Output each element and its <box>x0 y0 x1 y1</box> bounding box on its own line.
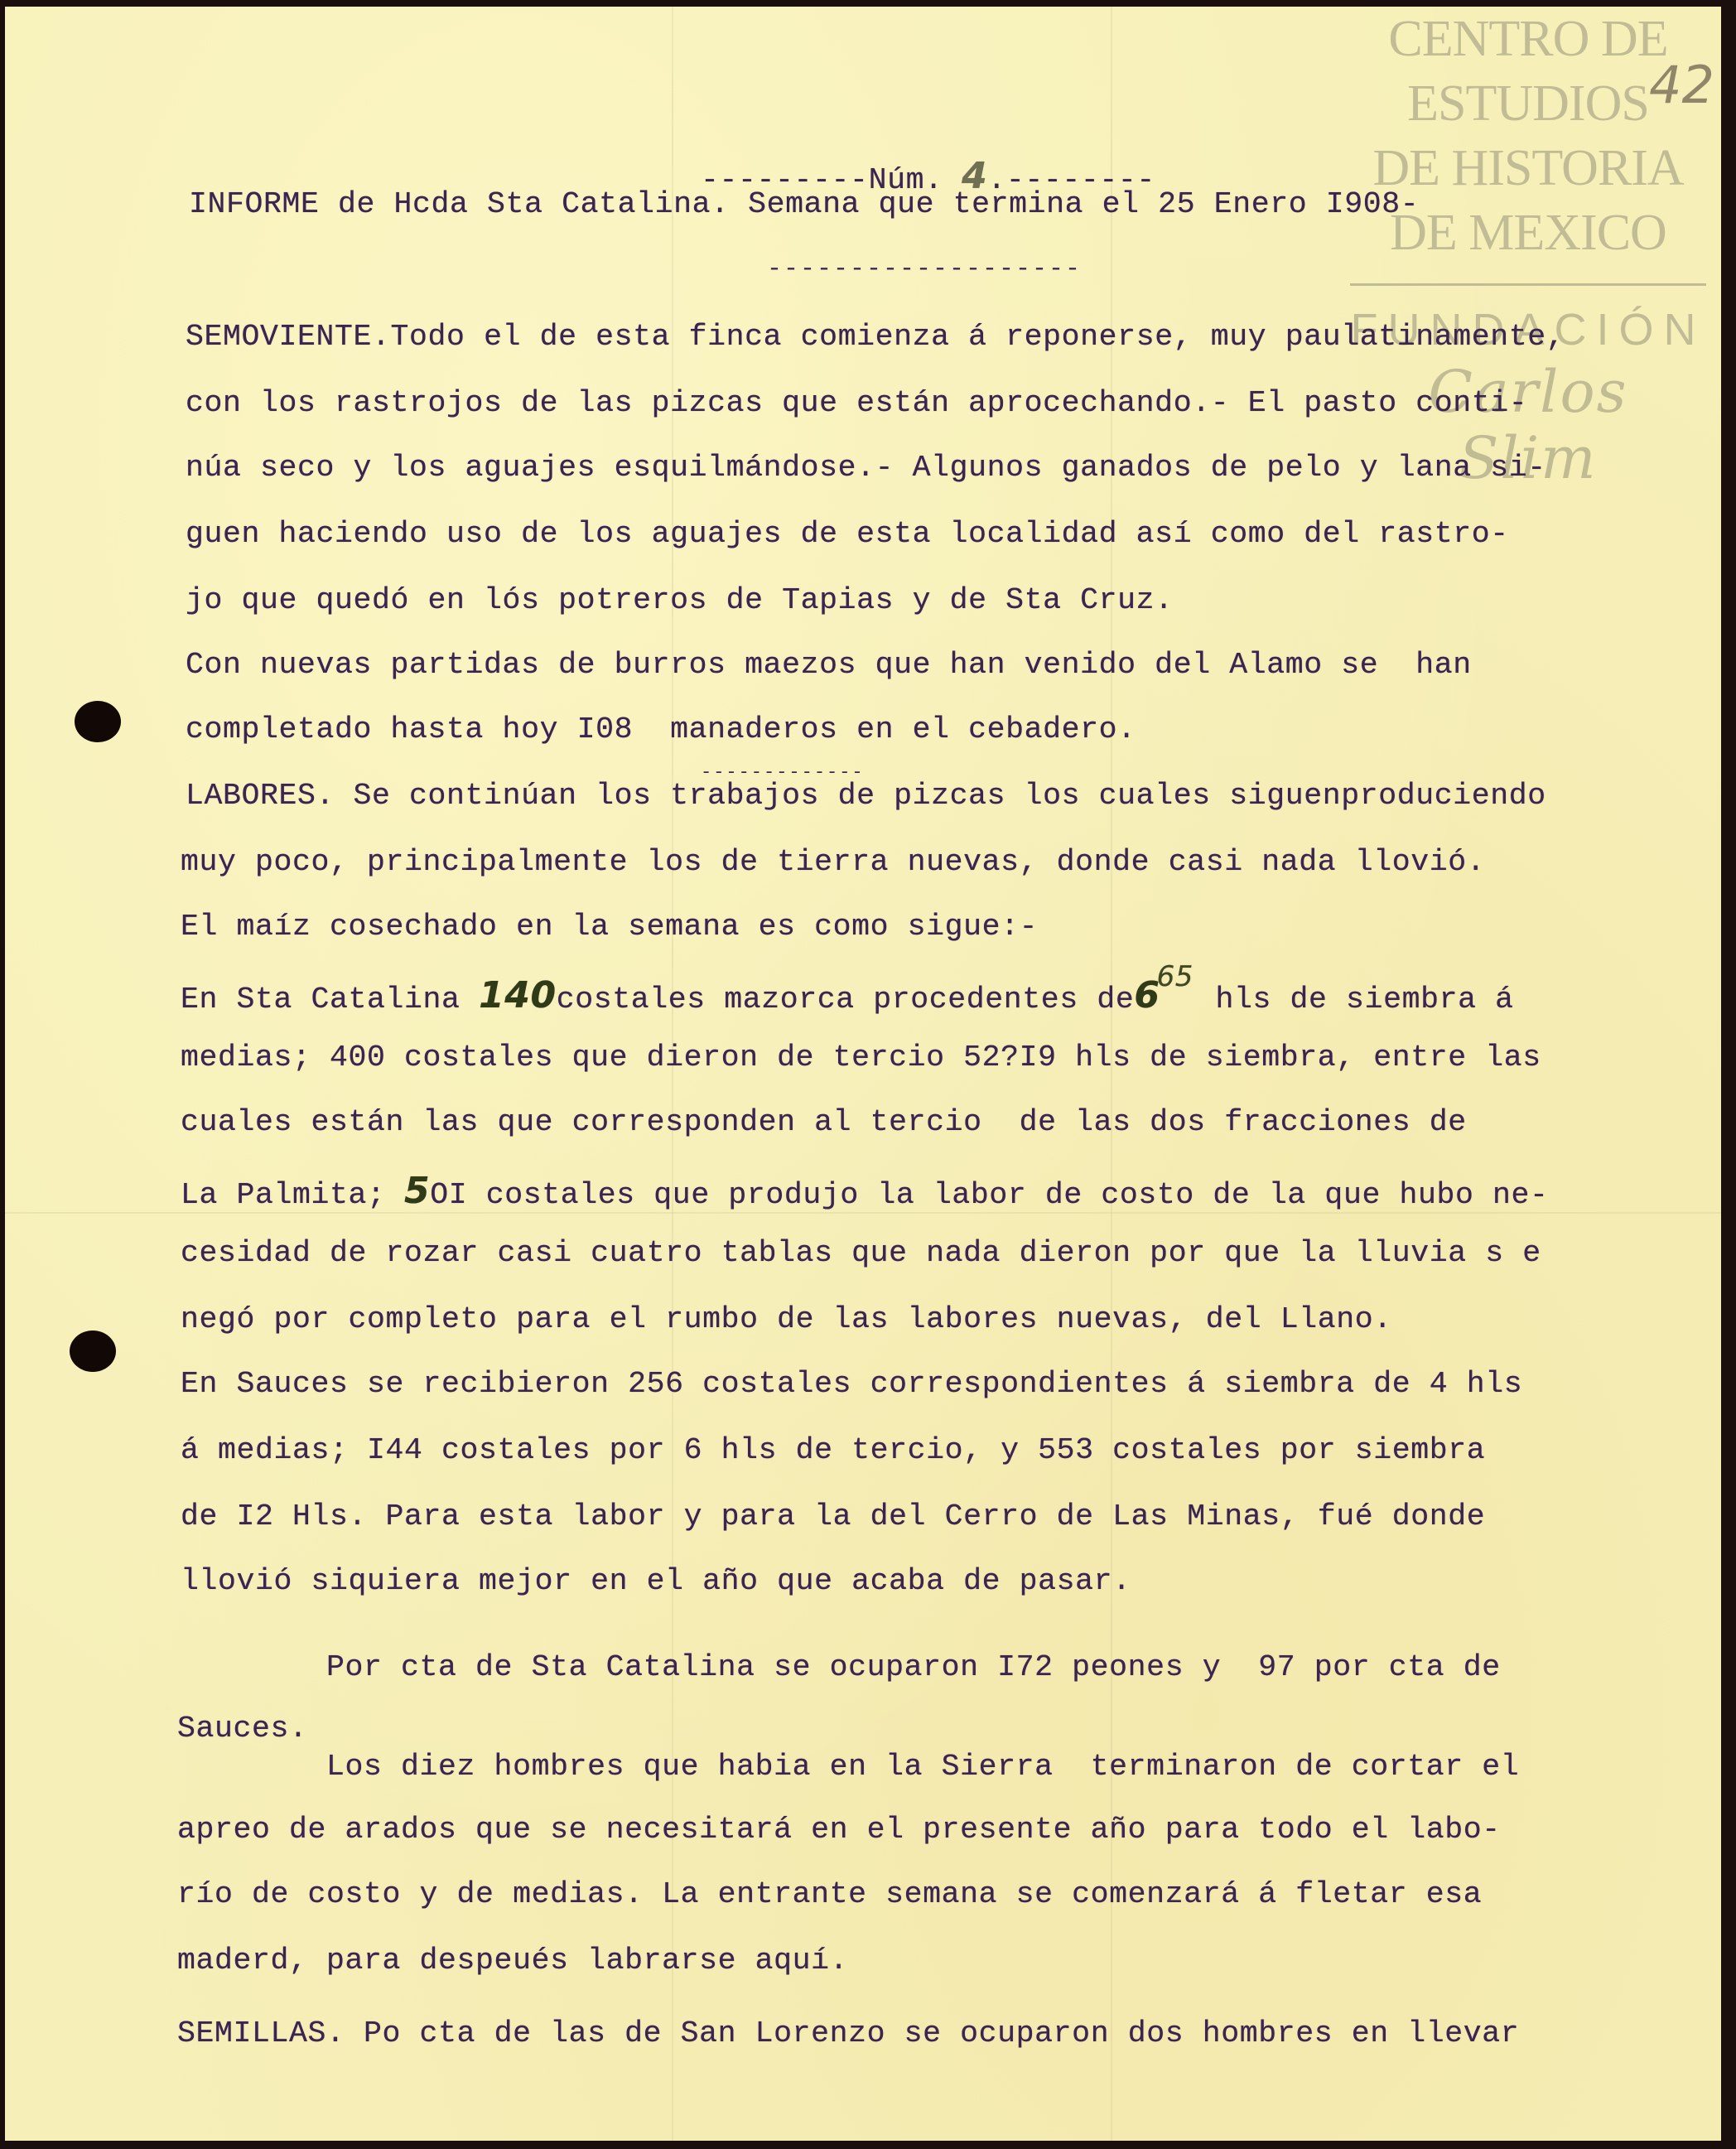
section-line: El maíz cosechado en la semana es como s… <box>181 910 1038 944</box>
section-line: negó por completo para el rumbo de las l… <box>181 1302 1392 1336</box>
section-line: La Palmita; 5OI costales que produjo la … <box>181 1170 1548 1212</box>
handwritten-5: 5 <box>404 1170 430 1212</box>
section-line: cesidad de rozar casi cuatro tablas que … <box>181 1236 1541 1270</box>
section-line: muy poco, principalmente los de tierra n… <box>181 845 1485 879</box>
section-line: completado hasta hoy I08 manaderos en el… <box>186 712 1136 746</box>
section-line: SEMILLAS. Po cta de las de San Lorenzo s… <box>177 2016 1519 2050</box>
punch-hole <box>70 1330 116 1372</box>
section-line: jo que quedó en lós potreros de Tapias y… <box>186 583 1174 617</box>
title-underline: ------------------- <box>767 255 1082 283</box>
report-title: INFORME de Hcda Sta Catalina. Semana que… <box>189 187 1419 221</box>
section-line: Por cta de Sta Catalina se ocuparon I72 … <box>177 1650 1501 1684</box>
fold-line <box>5 1212 1721 1214</box>
section-line: En Sauces se recibieron 256 costales cor… <box>181 1367 1522 1401</box>
section-line: cuales están las que corresponden al ter… <box>181 1105 1467 1139</box>
section-heading-semoviente: SEMOVIENTE. <box>186 320 391 354</box>
section-line: LABORES. Se continúan los trabajos de pi… <box>186 779 1546 813</box>
section-line: con los rastrojos de las pizcas que está… <box>186 386 1527 420</box>
punch-hole <box>75 701 121 742</box>
section-line: Sauces. <box>177 1712 308 1746</box>
section-line: Los diez hombres que habia en la Sierra … <box>177 1750 1519 1784</box>
section-line: de I2 Hls. Para esta labor y para la del… <box>181 1499 1485 1533</box>
section-line: guen haciendo uso de los aguajes de esta… <box>186 517 1509 551</box>
section-line: Con nuevas partidas de burros maezos que… <box>186 648 1472 682</box>
section-line: En Sta Catalina 140costales mazorca proc… <box>181 974 1514 1017</box>
handwritten-6: 6 <box>1134 974 1160 1017</box>
section-line: á medias; I44 costales por 6 hls de terc… <box>181 1433 1485 1467</box>
section-line: apreo de arados que se necesitará en el … <box>177 1813 1501 1847</box>
handwritten-140: 140 <box>479 974 557 1017</box>
section-line: maderd, para despeués labrarse aquí. <box>177 1944 848 1978</box>
section-line: SEMOVIENTE.Todo el de esta finca comienz… <box>186 320 1565 354</box>
section-line: núa seco y los aguajes esquilmándose.- A… <box>186 451 1546 485</box>
folio-number: 42 <box>1649 55 1714 115</box>
section-heading-labores: LABORES. <box>186 779 335 813</box>
section-line: medias; 400 costales que dieron de terci… <box>181 1041 1541 1074</box>
handwritten-correction-65: 65 <box>1157 960 1193 993</box>
section-heading-semillas: SEMILLAS. <box>177 2016 345 2050</box>
section-line: llovió siquiera mejor en el año que acab… <box>181 1564 1131 1598</box>
section-line: río de costo y de medias. La entrante se… <box>177 1877 1482 1911</box>
document-page: CENTRO DE ESTUDIOS DE HISTORIA DE MEXICO… <box>5 7 1721 2141</box>
